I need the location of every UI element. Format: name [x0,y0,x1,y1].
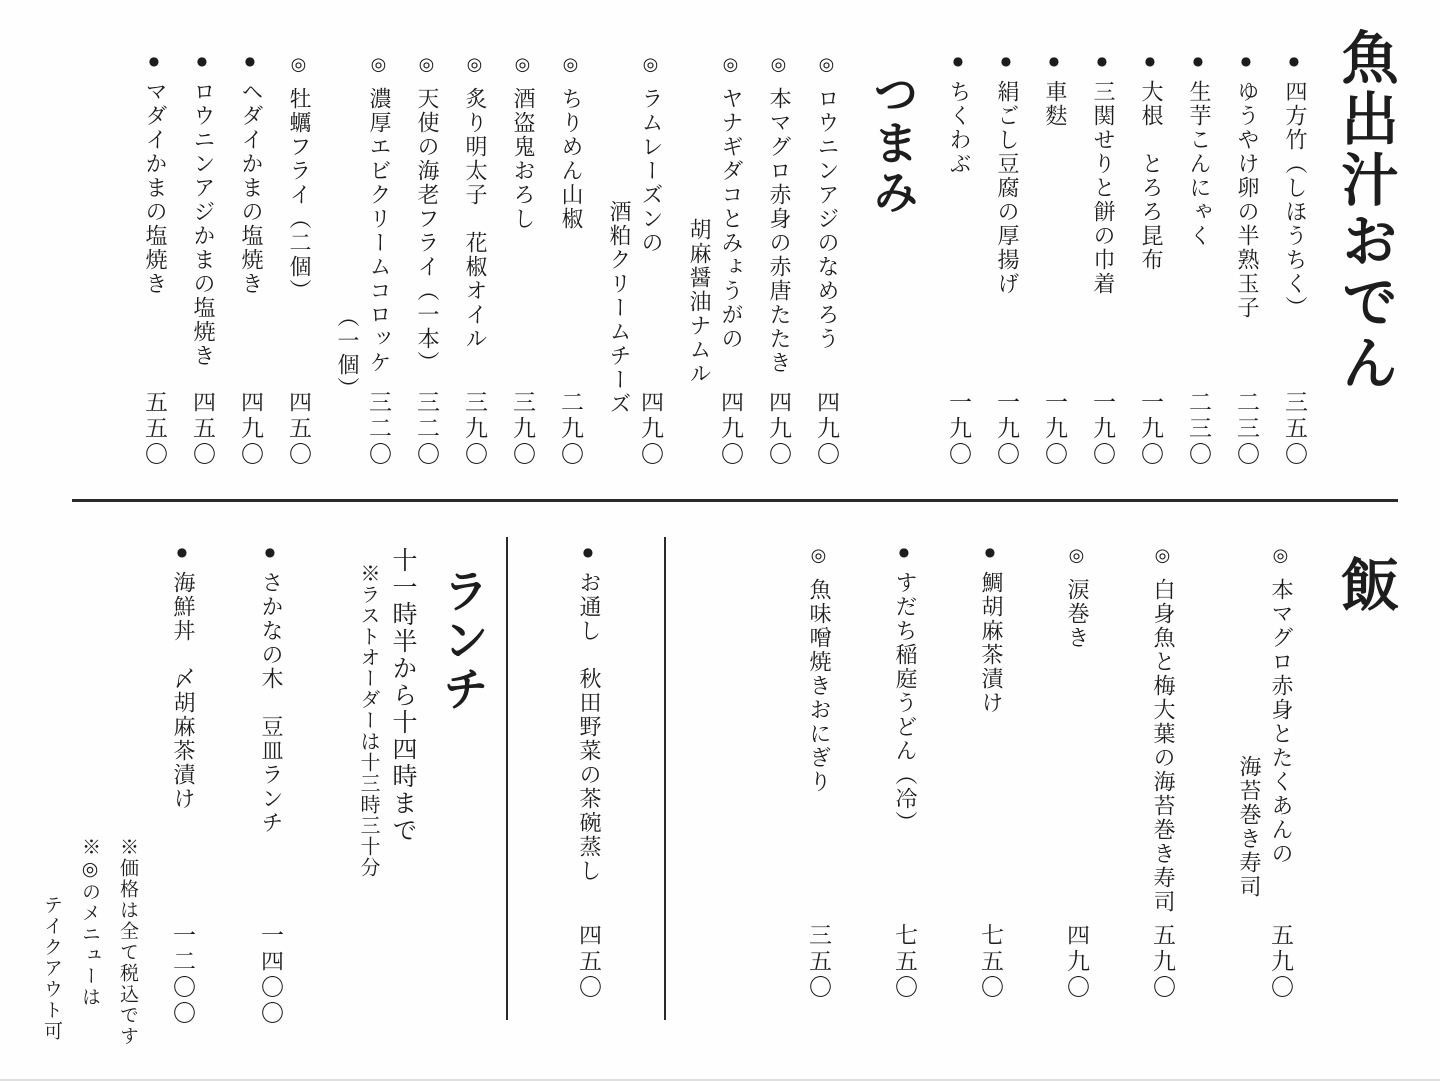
menu-item: ●さかなの木 豆皿ランチ一四〇〇 [258,535,282,1035]
bullet-icon: ● [175,545,189,561]
double-circle-icon: ◎ [288,54,309,77]
item-text: 炙り明太子 花椒オイル [462,87,487,351]
menu-page: 魚出汁おでん●四方竹（しほうちく）三五〇●ゆうやけ卵の半熟玉子二三〇●生芋こんに… [0,0,1440,1081]
item-price: 一九〇 [946,390,970,468]
menu-item: ◎ラムレーズンの酒粕クリームチーズ四九〇 [606,28,662,470]
item-price: 四九〇 [238,390,262,468]
item-text: 鯛胡麻茶漬け [978,571,1003,715]
bullet-icon: ● [1047,54,1061,70]
item-text: 絹ごし豆腐の厚揚げ [994,80,1019,296]
double-circle-icon: ◎ [1270,545,1291,568]
menu-item: ◎牡蠣フライ（二個）四五〇 [286,28,310,470]
vertical-divider [664,537,666,1020]
item-price: 一九〇 [1138,390,1162,468]
double-circle-icon: ◎ [720,54,741,77]
double-circle-icon: ◎ [1152,545,1173,568]
menu-item: ◎濃厚エビクリームコロッケ（一個）三二〇 [334,28,390,470]
item-text: 海鮮丼 〆胡麻茶漬け [170,571,195,811]
note-text: テイクアウト可 [40,837,64,1081]
item-price: 三五〇 [1282,390,1306,468]
menu-item: ●ゆうやけ卵の半熟玉子二三〇 [1234,28,1258,470]
menu-item: ◎本マグロ赤身とたくあんの海苔巻き寿司五九〇 [1236,535,1292,1035]
menu-item: ●マダイかまの塩焼き五五〇 [142,28,166,470]
note-text: 十一時半から十四時まで [388,535,418,1035]
section-title: 魚出汁おでん [1332,28,1398,470]
item-text: 魚味噌焼きおにぎり [806,578,831,794]
double-circle-icon: ◎ [768,54,789,77]
item-text-line: （一個） [334,28,358,470]
menu-item: ◎ちりめん山椒二九〇 [558,28,582,470]
note-text: ※◎のメニューは [78,837,102,1081]
double-circle-icon: ◎ [816,54,837,77]
item-text: ちくわぶ [946,80,971,176]
item-price: 三九〇 [462,390,486,468]
section-oden-and-tsumami: 魚出汁おでん●四方竹（しほうちく）三五〇●ゆうやけ卵の半熟玉子二三〇●生芋こんに… [118,28,1398,470]
menu-item: ●ヘダイかまの塩焼き四九〇 [238,28,262,470]
menu-item: ●車麩一九〇 [1042,28,1066,470]
item-text-line: 胡麻醤油ナムル [686,28,710,470]
double-circle-icon: ◎ [464,54,485,77]
double-circle-icon: ◎ [416,54,437,77]
item-price: 三九〇 [510,390,534,468]
section-title: 飯 [1332,535,1398,1035]
section-footnotes: ※価格は全て税込です※◎のメニューはテイクアウト可 [26,837,140,1081]
item-price: 四九〇 [766,390,790,468]
item-text: 生芋こんにゃく [1186,80,1211,248]
menu-item: ◎白身魚と梅大葉の海苔巻き寿司五九〇 [1150,535,1174,1035]
section-rice: 飯◎本マグロ赤身とたくあんの海苔巻き寿司五九〇◎白身魚と梅大葉の海苔巻き寿司五九… [744,535,1398,1035]
menu-item: ◎ロウニンアジのなめろう四九〇 [814,28,838,470]
section-title: ランチ [434,535,492,1035]
double-circle-icon: ◎ [640,54,661,77]
item-price: 四九〇 [718,390,742,468]
bullet-icon: ● [897,545,911,561]
item-price: 一九〇 [994,390,1018,468]
item-text: 胡麻醤油ナムル [686,218,711,386]
item-price: 四五〇 [576,923,600,1001]
item-price: 二三〇 [1234,390,1258,468]
item-price: 四九〇 [814,390,838,468]
item-text: お通し 秋田野菜の茶碗蒸し [576,571,601,883]
item-text: 酒粕クリームチーズ [606,200,631,416]
item-text: 濃厚エビクリームコロッケ [366,87,391,375]
item-text: 牡蠣フライ（二個） [286,87,311,303]
menu-item: ◎本マグロ赤身の赤唐たたき四九〇 [766,28,790,470]
menu-item: ●海鮮丼 〆胡麻茶漬け一二〇〇 [170,535,194,1035]
item-text: さかなの木 豆皿ランチ [258,571,283,835]
section-otoshi: ●お通し 秋田野菜の茶碗蒸し四五〇 [576,535,600,1035]
item-text: 本マグロ赤身とたくあんの [1268,578,1293,866]
item-text: ヘダイかまの塩焼き [238,80,263,296]
item-text: ヤナギダコとみょうがの [718,87,743,351]
item-text: ロウニンアジかまの塩焼き [190,80,215,368]
item-text-line: 酒粕クリームチーズ [606,28,630,470]
menu-item: ●すだち稲庭うどん（冷）七五〇 [892,535,916,1035]
vertical-divider [506,537,508,1020]
bullet-icon: ● [1143,54,1157,70]
menu-item: ●ちくわぶ一九〇 [946,28,970,470]
menu-item: ◎ヤナギダコとみょうがの胡麻醤油ナムル四九〇 [686,28,742,470]
item-price: 三二〇 [366,390,390,468]
item-text: 白身魚と梅大葉の海苔巻き寿司 [1150,578,1175,914]
menu-item: ◎天使の海老フライ（一本）三二〇 [414,28,438,470]
item-price: 二三〇 [1186,390,1210,468]
note-text: ※価格は全て税込です [116,837,140,1081]
note-text: ※ラストオーダーは十三時三十分 [356,535,382,1035]
item-price: 三五〇 [806,923,830,1001]
item-price: 四五〇 [286,390,310,468]
item-text: 大根 とろろ昆布 [1138,80,1163,272]
horizontal-divider [72,499,1398,502]
item-price: 三二〇 [414,390,438,468]
item-text: 酒盗鬼おろし [510,87,535,231]
section-lunch: ランチ十一時半から十四時まで※ラストオーダーは十三時三十分●さかなの木 豆皿ラン… [106,535,492,1035]
section-title: つまみ [864,28,922,470]
double-circle-icon: ◎ [808,545,829,568]
menu-item: ●ロウニンアジかまの塩焼き四五〇 [190,28,214,470]
item-price: 四九〇 [638,390,662,468]
item-price: 二九〇 [558,390,582,468]
bullet-icon: ● [983,545,997,561]
bullet-icon: ● [1239,54,1253,70]
item-price: 四九〇 [1064,923,1088,1001]
item-price: 一九〇 [1042,390,1066,468]
menu-item: ◎魚味噌焼きおにぎり三五〇 [806,535,830,1035]
menu-item: ●大根 とろろ昆布一九〇 [1138,28,1162,470]
menu-item: ◎涙巻き四九〇 [1064,535,1088,1035]
bullet-icon: ● [263,545,277,561]
double-circle-icon: ◎ [560,54,581,77]
item-text: 四方竹（しほうちく） [1282,80,1307,320]
menu-item: ●生芋こんにゃく二三〇 [1186,28,1210,470]
item-price: 五九〇 [1150,923,1174,1001]
item-text: すだち稲庭うどん（冷） [892,571,917,835]
menu-item: ●三関せりと餅の巾着一九〇 [1090,28,1114,470]
item-price: 一二〇〇 [170,923,194,1027]
item-price: 四五〇 [190,390,214,468]
item-text: 天使の海老フライ（一本） [414,87,439,375]
bullet-icon: ● [999,54,1013,70]
menu-item: ●お通し 秋田野菜の茶碗蒸し四五〇 [576,535,600,1035]
item-price: 一九〇 [1090,390,1114,468]
bullet-icon: ● [581,545,595,561]
double-circle-icon: ◎ [368,54,389,77]
item-price: 七五〇 [892,923,916,1001]
menu-item: ●四方竹（しほうちく）三五〇 [1282,28,1306,470]
bullet-icon: ● [243,54,257,70]
double-circle-icon: ◎ [512,54,533,77]
item-price: 七五〇 [978,923,1002,1001]
bullet-icon: ● [1095,54,1109,70]
item-text: 海苔巻き寿司 [1236,755,1261,899]
menu-item: ●鯛胡麻茶漬け七五〇 [978,535,1002,1035]
item-price: 一四〇〇 [258,923,282,1027]
item-text: （一個） [334,305,359,401]
item-price: 五五〇 [142,390,166,468]
menu-item: ◎酒盗鬼おろし三九〇 [510,28,534,470]
item-text: マダイかまの塩焼き [142,80,167,296]
bullet-icon: ● [951,54,965,70]
bullet-icon: ● [1287,54,1301,70]
bullet-icon: ● [195,54,209,70]
item-text: 涙巻き [1064,578,1089,650]
item-text: ロウニンアジのなめろう [814,87,839,351]
bullet-icon: ● [1191,54,1205,70]
bullet-icon: ● [147,54,161,70]
item-text: ゆうやけ卵の半熟玉子 [1234,80,1259,320]
item-text-line: 海苔巻き寿司 [1236,535,1260,1035]
double-circle-icon: ◎ [1066,545,1087,568]
item-text: 本マグロ赤身の赤唐たたき [766,87,791,375]
item-text: 車麩 [1042,80,1067,128]
menu-item: ◎炙り明太子 花椒オイル三九〇 [462,28,486,470]
item-text: ラムレーズンの [638,87,663,255]
item-price: 五九〇 [1268,923,1292,1001]
item-text: 三関せりと餅の巾着 [1090,80,1115,296]
item-text: ちりめん山椒 [558,87,583,231]
menu-item: ●絹ごし豆腐の厚揚げ一九〇 [994,28,1018,470]
